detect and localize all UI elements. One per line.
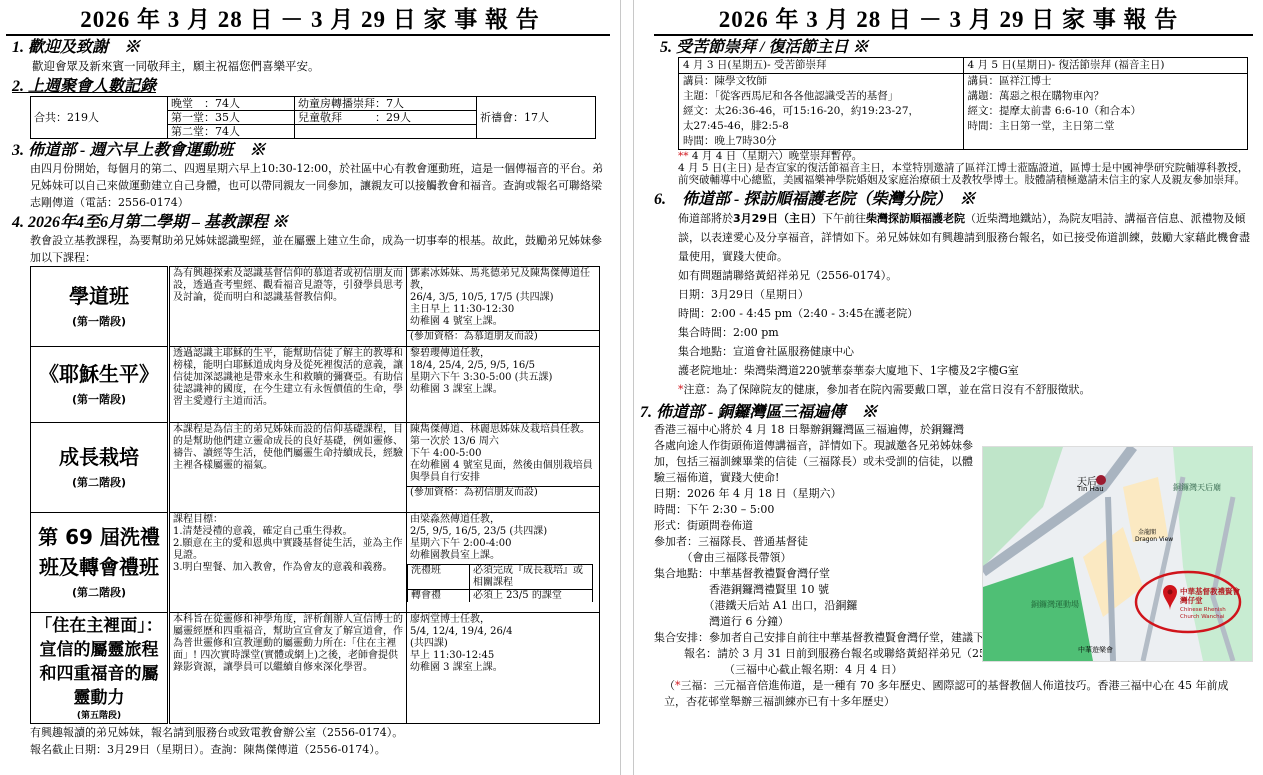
course-info-line: 幼稚園教員室上課。 bbox=[410, 550, 596, 562]
course-row: 《耶穌生平》(第一階段) 透過認識主耶穌的生平，能幫助信徒了解主的教導和榜樣，能… bbox=[31, 347, 600, 423]
sub-label: 洗禮班 bbox=[408, 565, 470, 590]
course-info-line: 5/4, 12/4, 19/4, 26/4 bbox=[410, 626, 596, 638]
detail-line: 日期：3月29日（星期日） bbox=[678, 285, 1263, 304]
easter-header: 4 月 5 日(星期日)- 復活節崇拜 (福音主日) bbox=[963, 58, 1248, 74]
map-graphic bbox=[983, 447, 1252, 661]
intro-text: 下午前往 bbox=[822, 212, 866, 225]
course-info: 由梁淼然傳道任教， 2/5, 9/5, 16/5, 23/5 (共四課) 星期六… bbox=[407, 513, 600, 613]
attendance-kids-room: 幼童房轉播崇拜：7人 bbox=[295, 97, 477, 111]
section-5-title: 5. 受苦節崇拜 / 復活節主日 ※ bbox=[660, 38, 1263, 57]
section-2-title: 2. 上週聚會人數記錄 bbox=[12, 77, 620, 96]
detail-line: 護老院地址：柴灣柴灣道220號華泰華泰大廈地下、1字樓及2字樓G室 bbox=[678, 361, 1263, 380]
course-row: 「住在主裡面」：宣信的屬靈旅程和四重福音的屬靈動力(第五階段) 本科旨在從靈修和… bbox=[31, 613, 600, 724]
note-text: 三福：三元福音倍進佈道，是一種有 70 多年歷史、國際認可的基督教個人佈道技巧。… bbox=[664, 679, 1228, 708]
good-friday-details: 講員：陳學文牧師 主題：「從客西馬尼和各各他認識受苦的基督」 經文：太26:36… bbox=[679, 74, 964, 150]
attendance-total: 合共：219人 bbox=[31, 97, 168, 139]
detail-line: （港鐵天后站 A1 出口，沿銅鑼 bbox=[654, 598, 974, 614]
course-info: 廖炳堂博士任教， 5/4, 12/4, 19/4, 26/4 (共四課) 早上 … bbox=[407, 613, 600, 724]
empty-cell bbox=[295, 125, 477, 139]
section-6-intro: 佈道部將於3月29日（主日）下午前往柴灣探訪順福護老院（近柴灣地鐵站），為院友唱… bbox=[678, 209, 1251, 266]
course-info-line: 在幼稚園 4 號室見面，然後由個別栽培員與學員自行安排 bbox=[410, 460, 596, 484]
page-divider bbox=[620, 0, 621, 775]
detail-line: 香港銅鑼灣禮賢里 10 號 bbox=[654, 582, 974, 598]
attendance-evening: 晚堂 ：74人 bbox=[168, 97, 295, 111]
detail-line: 經文：太26:36-46，可15:16-20，約19:23-27， bbox=[683, 104, 959, 119]
course-info-line: 幼稚園 3 課室上課。 bbox=[410, 384, 596, 396]
detail-line: 時間：晚上7時30分 bbox=[683, 134, 959, 149]
course-row: 學道班(第一階段) 為有興趣探索及認識基督信仰的慕道者或初信朋友而設，透過查考聖… bbox=[31, 267, 600, 347]
detail-line: 講題：萬惡之根在購物車內？ bbox=[968, 89, 1244, 104]
sub-label: 轉會禮 bbox=[408, 590, 470, 603]
course-info-line: 2/5, 9/5, 16/5, 23/5 (共四課) bbox=[410, 526, 596, 538]
attendance-table: 合共：219人 晚堂 ：74人 幼童房轉播崇拜：7人 祈禱會：17人 第一堂：3… bbox=[30, 96, 596, 139]
paren: （ bbox=[664, 679, 675, 692]
section-5-notes: ** 4 月 4 日（星期六）晚堂崇拜暫停。 4 月 5 日(主日) 是杏宣家的… bbox=[678, 150, 1249, 186]
attendance-first: 第一堂：35人 bbox=[168, 111, 295, 125]
course-info-line: 第一次於 13/6 周六 bbox=[410, 436, 596, 448]
title-rule bbox=[654, 34, 1253, 36]
detail-line: （會由三福隊長帶領） bbox=[654, 550, 974, 566]
course-desc: 本課程是為信主的弟兄姊妹而設的信仰基礎課程，目的是幫助他們建立靈命成長的良好基礎… bbox=[169, 423, 407, 513]
section-4-title: 4. 2026年4至6月第二學期 – 基教課程 ※ bbox=[12, 213, 620, 232]
sub-value: 必須上 23/5 的課堂 bbox=[470, 590, 593, 603]
course-info-line: 廖炳堂博士任教， bbox=[410, 614, 596, 626]
course-name: 成長栽培 bbox=[34, 442, 164, 472]
three-blessings-note: （*三福：三元福音倍進佈道，是一種有 70 多年歷史、國際認可的基督教個人佈道技… bbox=[664, 678, 1243, 710]
course-info-line: 黎碧瓔傳道任教， bbox=[410, 348, 596, 360]
section-7-title: 7. 佈道部 - 銅鑼灣區三福遍傳 ※ bbox=[640, 403, 1263, 422]
section-6-details: 如有問題請聯絡黃紹祥弟兄（2556-0174）。 日期：3月29日（星期日） 時… bbox=[678, 266, 1263, 399]
intro-text: 佈道部將於 bbox=[678, 212, 733, 225]
course-name: 學道班 bbox=[34, 281, 164, 311]
attendance-prayer: 祈禱會：17人 bbox=[477, 97, 596, 139]
course-info-line: 下午 4:00-5:00 bbox=[410, 448, 596, 460]
easter-description: 4 月 5 日(主日) 是杏宣家的復活節福音主日，本堂特別邀請了區祥江博士蒞臨證… bbox=[678, 162, 1249, 186]
course-info: 黎碧瓔傳道任教， 18/4, 25/4, 2/5, 9/5, 16/5 星期六下… bbox=[407, 347, 600, 423]
course-name: 第 69 屆洗禮班及轉會禮班 bbox=[34, 522, 164, 582]
course-name: 《耶穌生平》 bbox=[34, 359, 164, 389]
course-info-line: (共四課) bbox=[410, 638, 596, 650]
course-info-line: 由梁淼然傳道任教， bbox=[410, 514, 596, 526]
section-4-footer-1: 有興趣報讀的弟兄姊妹，報名請到服務台或致電教會辦公室（2556-0174）。 bbox=[30, 724, 620, 741]
detail-line: 講員：區祥江博士 bbox=[968, 74, 1244, 89]
detail-line: 主題：「從客西馬尼和各各他認識受苦的基督」 bbox=[683, 89, 959, 104]
map-pin-label-en: Chinese Rhenish Church Wanchai bbox=[1180, 607, 1240, 621]
detail-line: 灣道行 6 分鐘） bbox=[654, 614, 974, 630]
courses-table: 學道班(第一階段) 為有興趣探索及認識基督信仰的慕道者或初信朋友而設，透過查考聖… bbox=[30, 266, 600, 724]
section-1-body: 歡迎會眾及新來賓一同敬拜主，願主祝福您們喜樂平安。 bbox=[32, 57, 608, 75]
detail-line: 集合地點：宣道會社區服務健康中心 bbox=[678, 342, 1263, 361]
course-requirement: (參加資格：為初信朋友而設) bbox=[407, 486, 599, 499]
section-6-title: 6. 佈道部 - 探訪順福護老院（柴灣分院） ※ bbox=[654, 190, 1263, 209]
course-stage: (第二階段) bbox=[34, 472, 164, 494]
baptism-subtable: 洗禮班必須完成『成長栽培』或相關課程 轉會禮必須上 23/5 的課堂 bbox=[407, 564, 593, 602]
detail-line: 太27:45-46，腓2:5-8 bbox=[683, 119, 959, 134]
detail-line: 形式：街頭問卷佈道 bbox=[654, 518, 974, 534]
section-7-body: 香港三福中心將於 4 月 18 日舉辦銅鑼灣區三福遍傳，於銅鑼灣各處向途人作街頭… bbox=[654, 422, 974, 630]
note-text: 4 月 4 日（星期六）晚堂崇拜暫停。 bbox=[689, 150, 863, 162]
location-pin-icon bbox=[1163, 588, 1177, 608]
section-4-intro: 教會設立基教課程，為要幫助弟兄姊妹認識聖經，並在屬靈上建立生命，成為一切事奉的根… bbox=[30, 232, 608, 266]
course-info: 陳雋傑傳道、林麗思姊妹及栽培員任教。 第一次於 13/6 周六 下午 4:00-… bbox=[407, 423, 600, 513]
detail-line: 時間：2:00 - 4:45 pm（2:40 - 3:45在護老院） bbox=[678, 304, 1263, 323]
visit-date: 3月29日（主日） bbox=[733, 212, 822, 225]
page-title: 2026 年 3 月 28 日 － 3 月 29 日 家 事 報 告 bbox=[634, 0, 1263, 34]
detail-line: 時間：下午 2:30 – 5:00 bbox=[654, 502, 974, 518]
attendance-kids-worship: 兒童敬拜 ：29人 bbox=[295, 111, 477, 125]
course-desc: 透過認識主耶穌的生平，能幫助信徒了解主的教導和榜樣，能明白耶穌道成肉身及從死裡復… bbox=[169, 347, 407, 423]
course-row: 第 69 屆洗禮班及轉會禮班(第二階段) 課程目標： 1.清楚浸禮的意義，確定自… bbox=[31, 513, 600, 613]
course-info-line: 鄧素冰姊妹、馬兆德弟兄及陳雋傑傳道任教， bbox=[410, 268, 596, 292]
contact-line: 如有問題請聯絡黃紹祥弟兄（2556-0174）。 bbox=[678, 266, 1263, 285]
location-map: 天后 Tin Hau 銅鑼灣天后廟 金龍閣 Dragon View 銅鑼灣運動場… bbox=[982, 446, 1253, 662]
map-label-club: 中華遊樂會 bbox=[1078, 645, 1113, 655]
course-desc: 本科旨在從靈修和神學角度，評析創辦人宣信博士的屬靈經歷和四重福音，幫助宣宣會友了… bbox=[169, 613, 407, 724]
section-3-body: 由四月份開始，每個月的第二、四週星期六早上10:30-12:00，於社區中心有教… bbox=[30, 160, 608, 211]
course-info-line: 星期六下午 2:00-4:00 bbox=[410, 538, 596, 550]
course-stage: (第二階段) bbox=[34, 582, 164, 604]
sub-value: 必須完成『成長栽培』或相關課程 bbox=[470, 565, 593, 590]
attendance-second: 第二堂：74人 bbox=[168, 125, 295, 139]
section-1-title: 1. 歡迎及致謝 ※ bbox=[12, 38, 620, 57]
service-suspended-note: ** 4 月 4 日（星期六）晚堂崇拜暫停。 bbox=[678, 150, 1249, 162]
course-info-line: 星期六下午 3:30-5:00 (共五課) bbox=[410, 372, 596, 384]
worship-table: 4 月 3 日(星期五)- 受苦節崇拜 4 月 5 日(星期日)- 復活節崇拜 … bbox=[678, 57, 1248, 150]
course-info-line: 主日早上 11:30-12:30 bbox=[410, 304, 596, 316]
outreach-description: 香港三福中心將於 4 月 18 日舉辦銅鑼灣區三福遍傳，於銅鑼灣各處向途人作街頭… bbox=[654, 422, 974, 486]
course-info-line: 幼稚園 4 號室上課。 bbox=[410, 316, 596, 328]
map-label-park: 銅鑼灣運動場 bbox=[1031, 599, 1079, 610]
section-3-title: 3. 佈道部 - 週六早上教會運動班 ※ bbox=[12, 141, 620, 160]
course-stage: (第一階段) bbox=[34, 389, 164, 411]
course-requirement: (參加資格：為慕道朋友而設) bbox=[407, 330, 599, 343]
detail-line: 日期：2026 年 4 月 18 日（星期六） bbox=[654, 486, 974, 502]
detail-line: 時間：主日第一堂，主日第二堂 bbox=[968, 119, 1244, 134]
course-desc: 為有興趣探索及認識基督信仰的慕道者或初信朋友而設，透過查考聖經、觀看福音見證等，… bbox=[169, 267, 407, 347]
mask-note: *注意：為了保障院友的健康，參加者在院內需要戴口罩，並在當日沒有不舒服徵狀。 bbox=[678, 380, 1263, 399]
detail-line: 集合地點：中華基督教禮賢會灣仔堂 bbox=[654, 566, 974, 582]
map-pin-label: 中華基督教禮賢會灣仔堂 bbox=[1180, 587, 1240, 605]
title-rule bbox=[6, 34, 610, 36]
detail-line: 講員：陳學文牧師 bbox=[683, 74, 959, 89]
page-title: 2026 年 3 月 28 日 － 3 月 29 日 家 事 報 告 bbox=[0, 0, 620, 34]
map-label-station-en: Tin Hau bbox=[1077, 485, 1104, 493]
deadline-line: （三福中心截止報名期：4 月 4 日） bbox=[724, 662, 1243, 678]
course-stage: (第五階段) bbox=[34, 710, 164, 722]
course-info-line: 26/4, 3/5, 10/5, 17/5 (共四課) bbox=[410, 292, 596, 304]
course-info-line: 陳雋傑傳道、林麗思姊妹及栽培員任教。 bbox=[410, 424, 596, 436]
nursing-home-name: 柴灣探訪順福護老院 bbox=[866, 212, 965, 225]
easter-details: 講員：區祥江博士 講題：萬惡之根在購物車內？ 經文：提摩太前書 6:6-10（和… bbox=[963, 74, 1248, 150]
map-label-building-en: Dragon View bbox=[1135, 536, 1173, 543]
map-label-temple: 銅鑼灣天后廟 bbox=[1173, 482, 1221, 493]
course-desc: 課程目標： 1.清楚浸禮的意義，確定自己重生得救。 2.願意在主的愛和恩典中實踐… bbox=[169, 513, 407, 613]
good-friday-header: 4 月 3 日(星期五)- 受苦節崇拜 bbox=[679, 58, 964, 74]
course-name: 「住在主裡面」：宣信的屬靈旅程和四重福音的屬靈動力 bbox=[34, 614, 164, 710]
course-info-line: 18/4, 25/4, 2/5, 9/5, 16/5 bbox=[410, 360, 596, 372]
detail-line: 經文：提摩太前書 6:6-10（和合本） bbox=[968, 104, 1244, 119]
note-text: 注意：為了保障院友的健康，參加者在院內需要戴口罩，並在當日沒有不舒服徵狀。 bbox=[684, 383, 1091, 396]
section-4-footer-2: 報名截止日期：3月29日（星期日）。查詢：陳雋傑傳道（2556-0174）。 bbox=[30, 741, 620, 758]
course-info-line: 幼稚園 3 課室上課。 bbox=[410, 662, 596, 674]
course-info: 鄧素冰姊妹、馬兆德弟兄及陳雋傑傳道任教， 26/4, 3/5, 10/5, 17… bbox=[407, 267, 600, 347]
detail-line: 集合時間：2:00 pm bbox=[678, 323, 1263, 342]
left-page: 2026 年 3 月 28 日 － 3 月 29 日 家 事 報 告 1. 歡迎… bbox=[0, 0, 620, 775]
course-stage: (第一階段) bbox=[34, 311, 164, 333]
map-label-building: 金龍閣 bbox=[1138, 527, 1156, 536]
note-marker: ** bbox=[678, 150, 689, 162]
detail-line: 參加者：三福隊長、普通基督徒 bbox=[654, 534, 974, 550]
course-row: 成長栽培(第二階段) 本課程是為信主的弟兄姊妹而設的信仰基礎課程，目的是幫助他們… bbox=[31, 423, 600, 513]
course-info-line: 早上 11:30-12:45 bbox=[410, 650, 596, 662]
